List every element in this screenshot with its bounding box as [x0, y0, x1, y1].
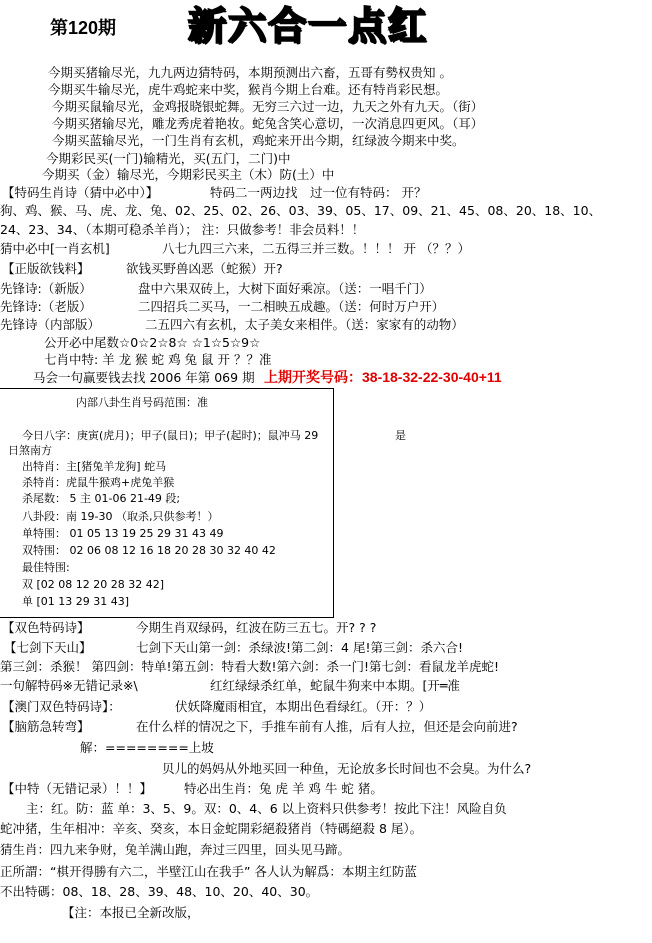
shuangte-line: 双特围： 02 06 08 12 16 18 20 28 30 32 40 42	[22, 544, 276, 558]
bazi-line-2: 日煞南方	[8, 444, 52, 458]
zhongte-line-3: 蛇冲猪，生年相冲：辛亥、癸亥，本日金蛇開彩絕殺猪肖（特碼絕殺 8 尾）。	[0, 821, 422, 837]
qijian-text-2: 第三剑：杀猴！ 第四剑：特单!第五剑：特看大数!第六剑：杀一门!第七剑：看鼠龙羊…	[0, 659, 499, 675]
guess-text: 八七九四三六来，二五得三并三数。！！！ 开 （？？）	[162, 241, 470, 257]
tail-numbers: 公开必中尾数☆0☆2☆8☆ ☆1☆5☆9☆	[44, 335, 260, 351]
poem-text: 特码二一两边找 过一位有特码： 开？	[210, 185, 426, 201]
guess-label: 猜中必中[一肖玄机]	[0, 241, 110, 257]
qijian-label: 【七剑下天山】	[4, 640, 92, 656]
xianfeng-label-3: 先锋诗（内部版）	[0, 317, 100, 333]
issue-number: 第120期	[50, 20, 116, 36]
bagua-box: 内部八卦生肖号码范围：准 今日八字：庚寅(虎月)；甲子(鼠日)；甲子(起时)；鼠…	[0, 388, 334, 618]
naojin-question-2: 贝儿的妈妈从外地买回一种鱼，无论放多长时间也不会臭。为什么?	[162, 761, 531, 777]
chute-line: 出特肖：主[猪兔羊龙狗] 蛇马	[22, 460, 166, 474]
yiju-text: 红红绿绿杀红单，蛇鼠牛狗来中本期。[开═准	[210, 678, 460, 694]
bagua-line: 八卦段：南 19-30 （取杀,只供参考！）	[22, 510, 218, 524]
page-title: 新六合一点红	[188, 4, 428, 48]
intro-line-4: 今期买猪输尽光，雕龙秀虎着艳妆。蛇兔含笑心意切，一次消息四更风。（耳）	[52, 116, 483, 132]
qijian-text-1: 七剑下天山第一剑：杀绿波!第二剑：4 尾!第三剑：杀六合!	[136, 640, 463, 656]
zhengban-text: 欲钱买野兽凶恶（蛇猴）开?	[126, 261, 283, 277]
aomen-label: 【澳门双色特码诗】：	[2, 699, 121, 715]
poem-list-2: 24、23、34、（本期可稳杀羊肖）； 注：只做参考！非会员料！！	[0, 222, 364, 238]
intro-line-6: 今期彩民买(一门)输精光，买(五门，二门)中	[46, 151, 291, 167]
zhongte-line-4: 猜生肖：四九来争财，兔羊满山跑，奔过三四里，回头见马蹄。	[0, 842, 350, 858]
zhengban-label: 【正版欲钱料】	[2, 261, 90, 277]
xianfeng-text-2: 二四招兵二买马，一二相映五成趣。（送：何时万户开）	[138, 299, 444, 315]
shate-line: 杀特肖：虎鼠牛猴鸡+虎兔羊猴	[22, 476, 174, 490]
yiju-label: 一句解特码※无错记录※\	[0, 678, 138, 694]
naojin-label: 【脑筋急转弯】	[2, 719, 90, 735]
naojin-answer: 解：========上坡	[80, 740, 214, 756]
poem-label: 【特码生肖诗（猜中必中）】	[2, 185, 158, 201]
bazi-line: 今日八字：庚寅(虎月)；甲子(鼠日)；甲子(起时)；鼠冲马 29	[22, 429, 318, 443]
bazi-right: 是	[395, 429, 406, 443]
zhongte-line-6: 不出特碼：08、18、28、39、48、10、20、40、30。	[0, 884, 318, 900]
zhongte-label: 【中特（无错记录）！！】	[2, 781, 152, 797]
poem-list-1: 狗、鸡、猴、马、虎、龙、兔、02、25、02、26、03、39、05、17、09…	[0, 203, 601, 219]
zhongte-text: 特必出生肖：兔 虎 羊 鸡 牛 蛇 猪。	[184, 781, 383, 797]
intro-line-3: 今期买鼠输尽光，金鸡报晓银蛇舞。无穷三六过一边，九天之外有九天。（街）	[52, 99, 483, 115]
bagua-title: 内部八卦生肖号码范围：准	[76, 396, 208, 410]
best-double: 双 [02 08 12 20 28 32 42]	[22, 578, 164, 592]
footer-note: 【注：本报已全新改版，	[62, 905, 200, 921]
seven-zodiac: 七肖中特: 羊 龙 猴 蛇 鸡 兔 鼠 开 ？？准	[44, 352, 271, 368]
naojin-question: 在什么样的情况之下，手推车前有人推，后有人拉，但还是会向前进?	[136, 719, 518, 735]
zhongte-line-2: 主：红。防：蓝 单：3、5、9。双：0、4、6 以上资料只供参考！按此下注！风险…	[26, 801, 507, 817]
best-label: 最佳特围:	[22, 561, 70, 575]
intro-line-5: 今期买蓝输尽光，一门生肖有玄机，鸡蛇来开出今期，红绿波今期来中奖。	[52, 133, 465, 149]
zhongte-line-5: 正所謂：“棋开得勝有六二，半壁江山在我手” 各人认为解爲：本期主红防蓝	[0, 864, 417, 880]
shuangse-text: 今期生肖双绿码，红波在防三五七。开? ? ?	[136, 620, 376, 636]
aomen-text: 伏妖降魔雨相宜，本期出色看绿红。（开：？）	[175, 699, 431, 715]
dante-line: 单特围： 01 05 13 19 25 29 31 43 49	[22, 527, 223, 541]
last-draw-numbers: 上期开奖号码：38-18-32-22-30-40+11	[264, 369, 502, 385]
intro-line-1: 今期买猪输尽光，九九两边猜特码，本期预测出六畜，五哥有勢权贵知 。	[48, 65, 452, 81]
intro-line-2: 今期买牛输尽光，虎牛鸡蛇来中奖，猴肖今期上台难。还有特肖彩民想。	[48, 82, 448, 98]
xianfeng-label-1: 先锋诗:（新版）	[0, 281, 92, 297]
mahui-line: 马会一句赢要钱去找 2006 年第 069 期	[33, 370, 255, 386]
xianfeng-text-3: 二五四六有玄机，太子美女来相伴。（送：家家有的动物）	[145, 317, 464, 333]
xianfeng-text-1: 盘中六果双砖上，大树下面好乘凉。（送：一唱千门）	[138, 281, 432, 297]
shuangse-label: 【双色特码诗】	[2, 620, 90, 636]
intro-line-7: 今期买（金）输尽光，今期彩民买主（木）防(土）中	[42, 167, 334, 183]
xianfeng-label-2: 先锋诗:（老版）	[0, 299, 92, 315]
shawei-line: 杀尾数： 5 主 01-06 21-49 段;	[22, 492, 180, 506]
best-single: 单 [01 13 29 31 43]	[22, 595, 129, 609]
